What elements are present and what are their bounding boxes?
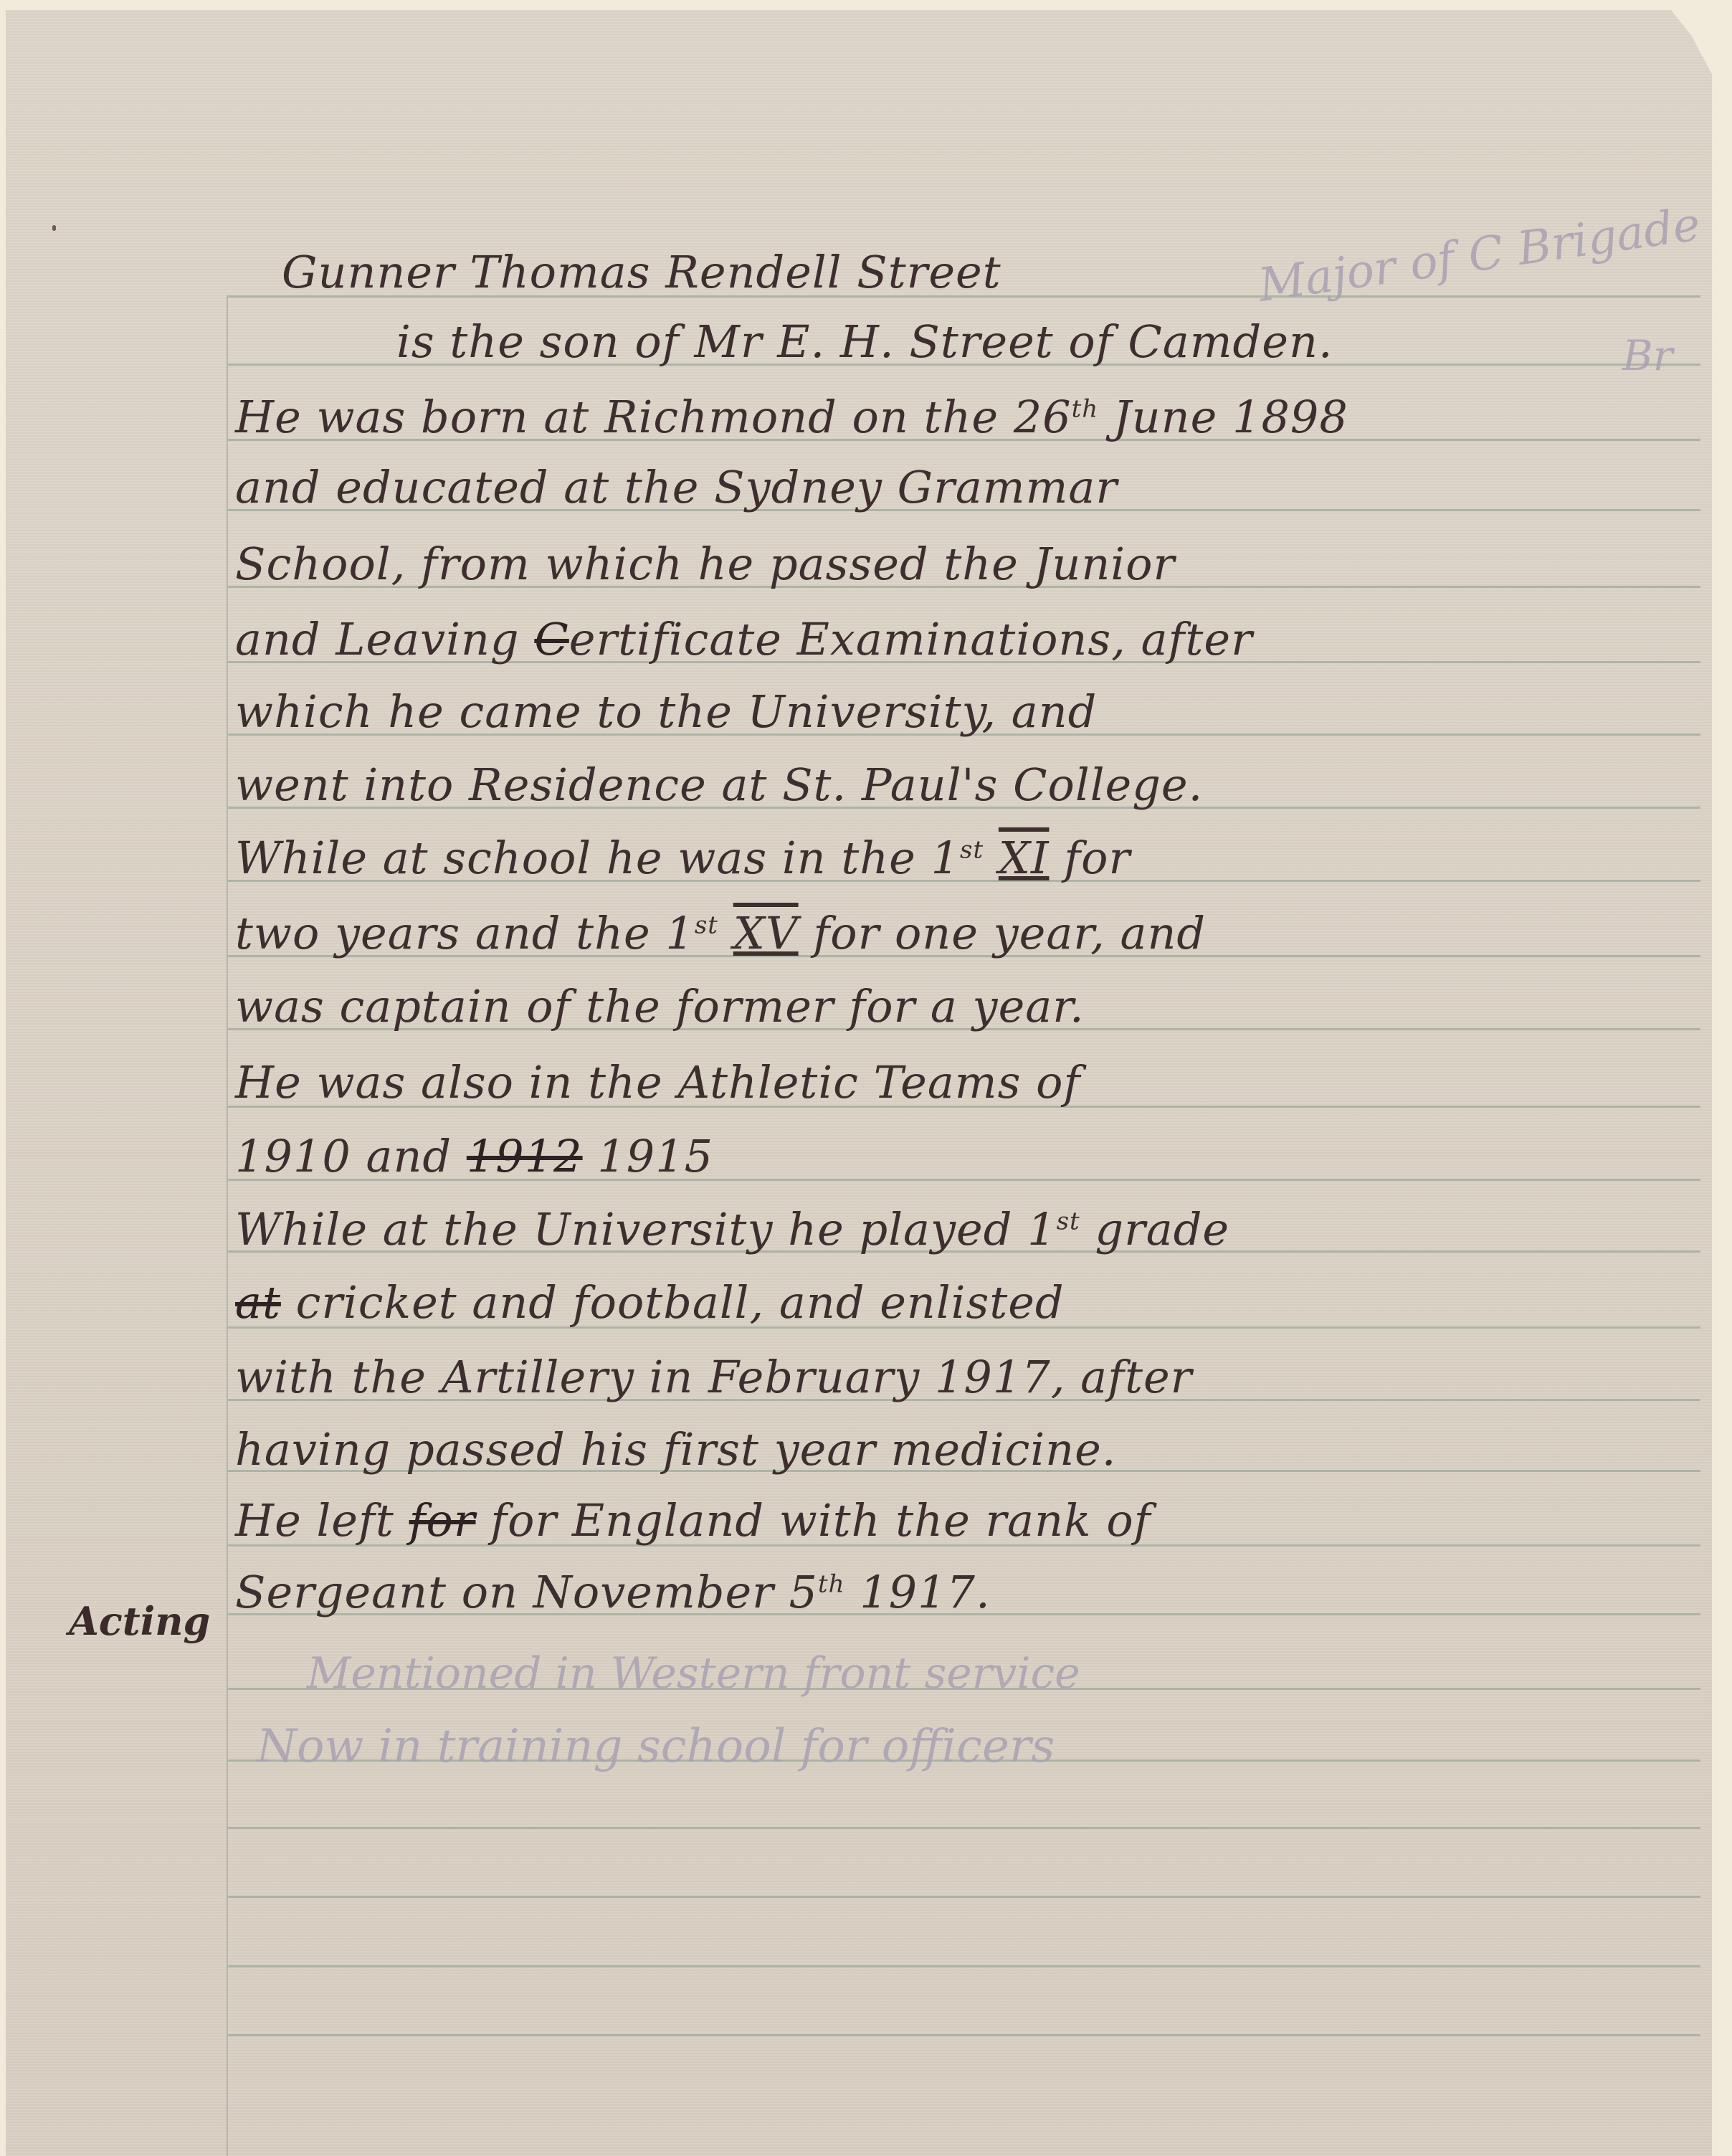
text-segment: for [1050,832,1131,884]
pencil-annotation-br: Br [1622,331,1672,380]
text-line-18: Sergeant on November 5th 1917. [235,1570,991,1615]
text-segment: He left [235,1494,409,1547]
ordinal-suffix: st [960,835,984,864]
ruled-line [228,2034,1700,2036]
struck-word: at [235,1276,281,1329]
text-segment: for one year, and [799,907,1207,959]
pencil-annotation-bottom-2: Now in training school for officers [257,1720,1055,1773]
text-segment: While at school he was in the 1 [235,832,960,884]
text-line-10: was captain of the former for a year. [235,984,1085,1029]
text-segment: Sergeant on November 5 [235,1566,818,1618]
text-segment: While at the University he played 1 [235,1203,1057,1255]
text-line-7: went into Residence at St. Paul's Colleg… [235,763,1203,807]
roman-numeral-xi: XI [999,832,1050,884]
text-segment: Leaving [336,613,519,665]
text-line-16: having passed his first year medicine. [235,1428,1117,1472]
text-line-12: 1910 and 1912 1915 [235,1134,713,1179]
text-line-3: and educated at the Sydney Grammar [235,465,1118,510]
margin-insertion-acting: Acting [69,1598,210,1644]
ordinal-suffix: th [818,1569,845,1598]
text-line-15: with the Artillery in February 1917, aft… [235,1355,1192,1400]
text-line-13: While at the University he played 1st gr… [235,1207,1229,1252]
roman-numeral-xv: XV [733,907,799,959]
struck-year: 1912 [467,1130,583,1182]
text-line-6: which he came to the University, and [235,690,1097,734]
ink-speck [52,225,56,231]
struck-letter: C [534,613,568,665]
text-line-11: He was also in the Athletic Teams of [235,1060,1080,1105]
text-segment: He was born at Richmond on the 26 [235,391,1072,443]
pencil-annotation-bottom-1: Mentioned in Western front service [307,1648,1080,1699]
ruled-line [228,1965,1700,1967]
ordinal-suffix: st [1057,1207,1080,1235]
text-segment: for England with the rank of [475,1494,1151,1547]
text-segment: 1915 [583,1130,714,1182]
text-segment: 1910 and [235,1130,467,1182]
text-line-17: He left for for England with the rank of [235,1499,1151,1543]
struck-word: for [409,1494,476,1547]
text-segment: two years and the 1 [235,907,695,959]
text-line-9: two years and the 1st XV for one year, a… [235,911,1206,956]
text-segment: grade [1080,1203,1229,1255]
text-line-4: School, from which he passed the Junior [235,542,1175,587]
ordinal-suffix: st [695,911,718,939]
text-line-2: He was born at Richmond on the 26th June… [235,395,1348,440]
text-line-5: and Leaving Certificate Examinations, af… [235,617,1253,662]
ordinal-suffix: th [1072,394,1099,423]
ruled-line [228,1896,1700,1898]
paper-sheet: Gunner Thomas Rendell Street is the son … [6,10,1712,2156]
margin-rule [227,295,228,2156]
text-segment: cricket and football, and enlisted [281,1276,1065,1329]
text-line-8: While at school he was in the 1st XI for [235,836,1131,880]
text-segment: and [235,613,336,665]
text-segment: ertificate Examinations, after [569,613,1253,665]
text-segment: 1917. [845,1566,991,1618]
text-line-14: at cricket and football, and enlisted [235,1281,1065,1325]
document-title: Gunner Thomas Rendell Street [282,250,1001,295]
ruled-line [228,1827,1700,1829]
text-segment: June 1898 [1098,391,1348,443]
text-line-1: is the son of Mr E. H. Street of Camden. [396,320,1333,364]
